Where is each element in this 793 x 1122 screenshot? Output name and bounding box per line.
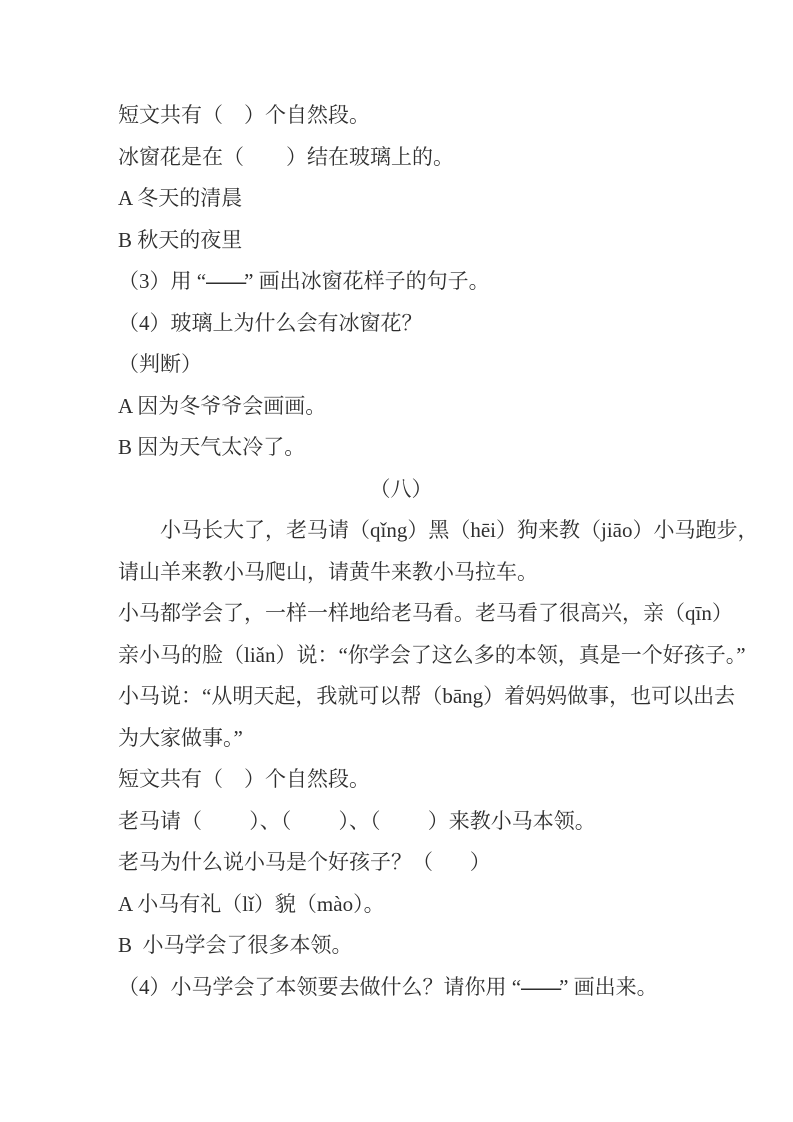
text-line: 亲小马的脸（liǎn）说：“你学会了这么多的本领，真是一个好孩子。” [118, 635, 684, 677]
text-line: 短文共有（ ）个自然段。 [118, 95, 684, 137]
text-line: 小马都学会了，一样一样地给老马看。老马看了很高兴，亲（qīn） [118, 593, 684, 635]
section-heading: （八） [118, 469, 684, 511]
text-line: 老马为什么说小马是个好孩子？（ ） [118, 842, 684, 884]
text-line: 为大家做事。” [118, 718, 684, 760]
document-page: 短文共有（ ）个自然段。冰窗花是在（ ）结在玻璃上的。A 冬天的清晨B 秋天的夜… [0, 0, 793, 1122]
text-line: 请山羊来教小马爬山，请黄牛来教小马拉车。 [118, 552, 684, 594]
text-line: B 因为天气太冷了。 [118, 427, 684, 469]
text-line: 小马说：“从明天起，我就可以帮（bāng）着妈妈做事，也可以出去 [118, 676, 684, 718]
text-line: 老马请（ ）、（ ）、（ ）来教小马本领。 [118, 801, 684, 843]
text-line: A 冬天的清晨 [118, 178, 684, 220]
text-line: 冰窗花是在（ ）结在玻璃上的。 [118, 137, 684, 179]
text-line: A 因为冬爷爷会画画。 [118, 386, 684, 428]
text-line: 小马长大了，老马请（qǐng）黑（hēi）狗来教（jiāo）小马跑步， [118, 510, 684, 552]
text-line: 短文共有（ ）个自然段。 [118, 759, 684, 801]
text-line: （4）玻璃上为什么会有冰窗花？ [118, 303, 684, 345]
underline-dash: —— [206, 269, 244, 293]
text-line: （4）小马学会了本领要去做什么？请你用 “——” 画出来。 [118, 967, 684, 1009]
text-line: （3）用 “——” 画出冰窗花样子的句子。 [118, 261, 684, 303]
text-line: B 小马学会了很多本领。 [118, 925, 684, 967]
text-line: A 小马有礼（lǐ）貌（mào）。 [118, 884, 684, 926]
underline-dash: —— [521, 975, 559, 999]
text-line: B 秋天的夜里 [118, 220, 684, 262]
text-line: （判断） [118, 344, 684, 386]
document-content: 短文共有（ ）个自然段。冰窗花是在（ ）结在玻璃上的。A 冬天的清晨B 秋天的夜… [118, 95, 684, 1008]
